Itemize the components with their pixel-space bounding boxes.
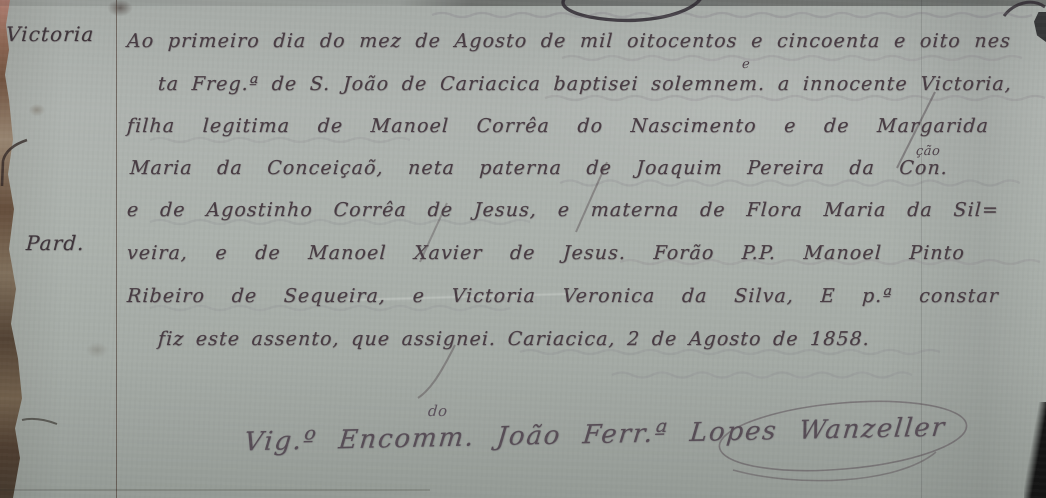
bleed-through-squiggle <box>520 350 940 354</box>
scan-edge-notch <box>1034 12 1046 42</box>
scanned-baptism-record-page: Victoria Pard. Ao primeiro dia do mez de… <box>0 0 1046 498</box>
superscript-abbreviation: e <box>741 57 750 72</box>
scan-black-corner <box>1024 402 1046 498</box>
bleed-through-squiggle <box>545 96 1045 100</box>
priest-signature: Vig.º Encomm. João Ferr.ª Lopes Wanzelle… <box>243 413 948 458</box>
margin-entry-name: Victoria <box>5 22 95 46</box>
record-line: e de Agostinho Corrêa de Jesus, e matern… <box>126 199 999 221</box>
scan-top-edge-shadow <box>0 0 1046 6</box>
tear-crack-mark <box>22 419 57 424</box>
superscript-abbreviation: ção <box>915 144 940 159</box>
bleed-through-squiggle <box>612 373 912 378</box>
bleed-through-squiggle <box>432 13 1032 17</box>
record-line: Ribeiro de Sequeira, e Victoria Veronica… <box>126 285 999 307</box>
record-line: Maria da Conceiçaõ, neta paterna de Joaq… <box>129 157 948 179</box>
record-line: Ao primeiro dia do mez de Agosto de mil … <box>126 30 1011 52</box>
superscript-abbreviation: do <box>427 402 448 420</box>
signature-flourish-tail <box>733 452 936 481</box>
record-line: fiz este assento, que assignei. Cariacic… <box>157 328 870 350</box>
record-line: ta Freg.ª de S. João de Cariacica baptis… <box>157 73 1012 95</box>
bleed-through-squiggle <box>560 181 1020 186</box>
torn-left-edge <box>0 0 26 498</box>
margin-race-note: Pard. <box>25 231 85 255</box>
bleed-through-squiggle <box>150 138 410 142</box>
margin-rule-line <box>116 0 117 498</box>
bleed-through-squiggle <box>562 56 1022 60</box>
record-line: filha legitima de Manoel Corrêa do Nasci… <box>126 115 989 137</box>
paper-crease-bottom <box>0 489 430 491</box>
ink-descender-stroke <box>418 345 455 398</box>
record-line: veira, e de Manoel Xavier de Jesus. Forã… <box>126 242 965 264</box>
